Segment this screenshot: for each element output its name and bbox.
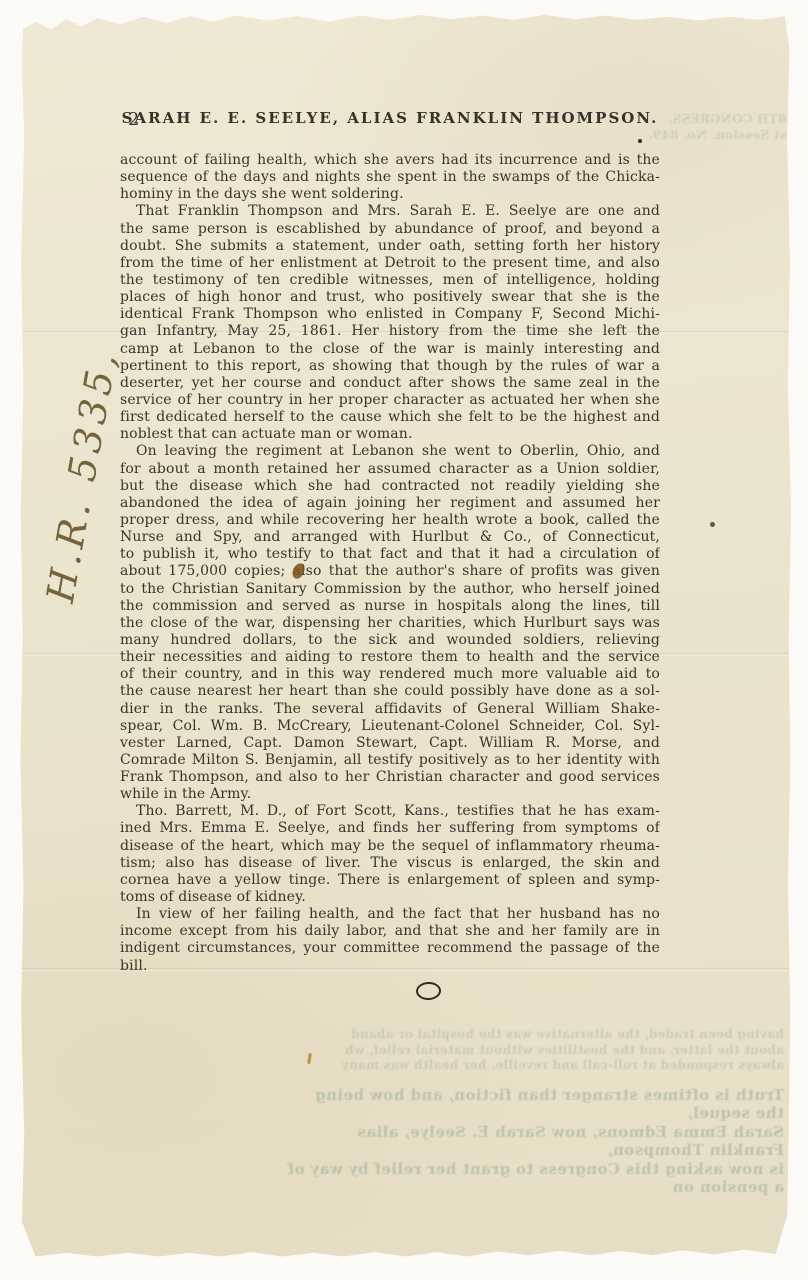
text-line: Frank Thompson, and also to her Christia…: [120, 769, 660, 786]
page-number: 2: [128, 109, 139, 130]
text-line: first dedicated herself to the cause whi…: [120, 409, 660, 426]
text-line: the testimony of ten credible witnesses,…: [120, 272, 660, 289]
text-line: On leaving the regiment at Lebanon she w…: [120, 443, 660, 460]
text-line: for about a month retained her assumed c…: [120, 461, 660, 478]
bleedthrough-bottom: having been traded, the alternative was …: [282, 1027, 784, 1197]
paragraph: Tho. Barrett, M. D., of Fort Scott, Kans…: [120, 803, 660, 906]
paragraph: account of failing health, which she ave…: [120, 152, 660, 203]
text-line: cornea have a yellow tinge. There is enl…: [120, 872, 660, 889]
text-line: to the Christian Sanitary Commission by …: [120, 581, 660, 598]
text-line: gan Infantry, May 25, 1861. Her history …: [120, 323, 660, 340]
bleedthrough-line: having been traded, the alternative was …: [282, 1027, 784, 1043]
bleedthrough-line: 1st Session. No. 849.: [620, 128, 795, 144]
text-line: proper dress, and while recovering her h…: [120, 512, 660, 529]
ink-dot: [638, 139, 642, 143]
bleedthrough-line: Truth is oftimes stranger than fiction, …: [282, 1086, 784, 1123]
text-line: while in the Army.: [120, 786, 660, 803]
bleedthrough-line: Sarah Emma Edmons, now Sarah E. Seelye, …: [282, 1123, 784, 1160]
text-line: service of her country in her proper cha…: [120, 392, 660, 409]
scanned-document-page: { "document": { "page_number": "2", "run…: [0, 0, 808, 1280]
text-line: noblest that can actuate man or woman.: [120, 426, 660, 443]
text-line: the same person is escablished by abunda…: [120, 221, 660, 238]
text-line: sequence of the days and nights she spen…: [120, 169, 660, 186]
text-line: deserter, yet her course and conduct aft…: [120, 375, 660, 392]
text-line: spear, Col. Wm. B. McCreary, Lieutenant-…: [120, 718, 660, 735]
text-line: bill.: [120, 958, 660, 975]
text-line: In view of her failing health, and the f…: [120, 906, 660, 923]
text-line: doubt. She submits a statement, under oa…: [120, 238, 660, 255]
paragraph: In view of her failing health, and the f…: [120, 906, 660, 975]
text-line: of their country, and in this way render…: [120, 666, 660, 683]
text-line: many hundred dollars, to the sick and wo…: [120, 632, 660, 649]
text-line: dier in the ranks. The several affidavit…: [120, 701, 660, 718]
text-line: hominy in the days she went soldering.: [120, 186, 660, 203]
text-line: Comrade Milton S. Benjamin, all testify …: [120, 752, 660, 769]
bleedthrough-line: always responded at roll-call and reveil…: [282, 1058, 784, 1074]
text-line: toms of disease of kidney.: [120, 889, 660, 906]
page-header: 2 SARAH E. E. SEELYE, ALIAS FRANKLIN THO…: [120, 109, 660, 127]
text-line: identical Frank Thompson who enlisted in…: [120, 306, 660, 323]
text-line: tism; also has disease of liver. The vis…: [120, 855, 660, 872]
paragraph: That Franklin Thompson and Mrs. Sarah E.…: [120, 203, 660, 443]
text-line: Nurse and Spy, and arranged with Hurlbut…: [120, 529, 660, 546]
text-line: vester Larned, Capt. Damon Stewart, Capt…: [120, 735, 660, 752]
text-line: Tho. Barrett, M. D., of Fort Scott, Kans…: [120, 803, 660, 820]
text-line: pertinent to this report, as showing tha…: [120, 358, 660, 375]
end-of-text-ornament: [416, 982, 442, 1001]
text-line: about 175,000 copies; also that the auth…: [120, 563, 660, 580]
bleedthrough-line: is now asking this Congress to grant her…: [282, 1160, 784, 1197]
paragraph: On leaving the regiment at Lebanon she w…: [120, 443, 660, 803]
text-line: from the time of her enlistment at Detro…: [120, 255, 660, 272]
text-line: the cause nearest her heart than she cou…: [120, 683, 660, 700]
running-title: SARAH E. E. SEELYE, ALIAS FRANKLIN THOMP…: [120, 109, 660, 127]
ink-speck: [710, 522, 715, 527]
text-line: the commission and served as nurse in ho…: [120, 598, 660, 615]
text-line: abandoned the idea of again joining her …: [120, 495, 660, 512]
text-line: the close of the war, dispensing her cha…: [120, 615, 660, 632]
text-line: but the disease which she had contracted…: [120, 478, 660, 495]
text-line: That Franklin Thompson and Mrs. Sarah E.…: [120, 203, 660, 220]
bleedthrough-line: about the latter, and the hostilities wi…: [282, 1043, 784, 1059]
text-line: ined Mrs. Emma E. Seelye, and finds her …: [120, 820, 660, 837]
text-line: disease of the heart, which may be the s…: [120, 838, 660, 855]
text-line: places of high honor and trust, who posi…: [120, 289, 660, 306]
text-line: their necessities and aiding to restore …: [120, 649, 660, 666]
text-line: camp at Lebanon to the close of the war …: [120, 341, 660, 358]
text-line: indigent circumstances, your committee r…: [120, 940, 660, 957]
paper-sheet: 48TH CONGRESS.1st Session. No. 849. 2 SA…: [20, 13, 791, 1259]
body-text: account of failing health, which she ave…: [120, 152, 660, 975]
text-line: to publish it, who testify to that fact …: [120, 546, 660, 563]
text-line: income except from his daily labor, and …: [120, 923, 660, 940]
text-line: account of failing health, which she ave…: [120, 152, 660, 169]
